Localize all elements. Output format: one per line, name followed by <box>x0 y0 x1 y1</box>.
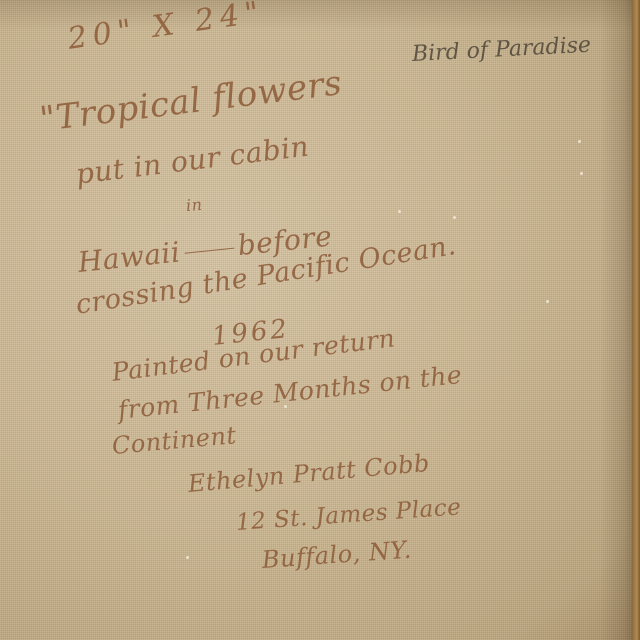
inscription-line-9: Continent <box>111 421 238 460</box>
address-line-2: Buffalo, NY. <box>261 536 413 574</box>
address-line-1: 12 St. James Place <box>235 494 462 536</box>
frame-edge <box>632 0 640 640</box>
canvas-fleck <box>546 300 549 303</box>
canvas-fleck <box>398 210 401 213</box>
canvas-fleck <box>186 556 189 559</box>
canvas-fleck <box>578 140 581 143</box>
artist-signature: Ethelyn Pratt Cobb <box>187 449 431 498</box>
canvas-fleck <box>453 216 456 219</box>
inscription-hawaii: Hawaii <box>76 235 182 279</box>
inscription-line-3: in <box>185 195 203 215</box>
canvas-back-photo: 20" X 24" Bird of Paradise "Tropical flo… <box>0 0 640 640</box>
inscription-line-2: put in our cabin <box>74 130 311 191</box>
inscription-title-line: "Tropical flowers <box>38 63 345 140</box>
ink-dash <box>184 247 234 254</box>
canvas-fleck <box>580 172 583 175</box>
pencil-title-note: Bird of Paradise <box>411 33 591 67</box>
